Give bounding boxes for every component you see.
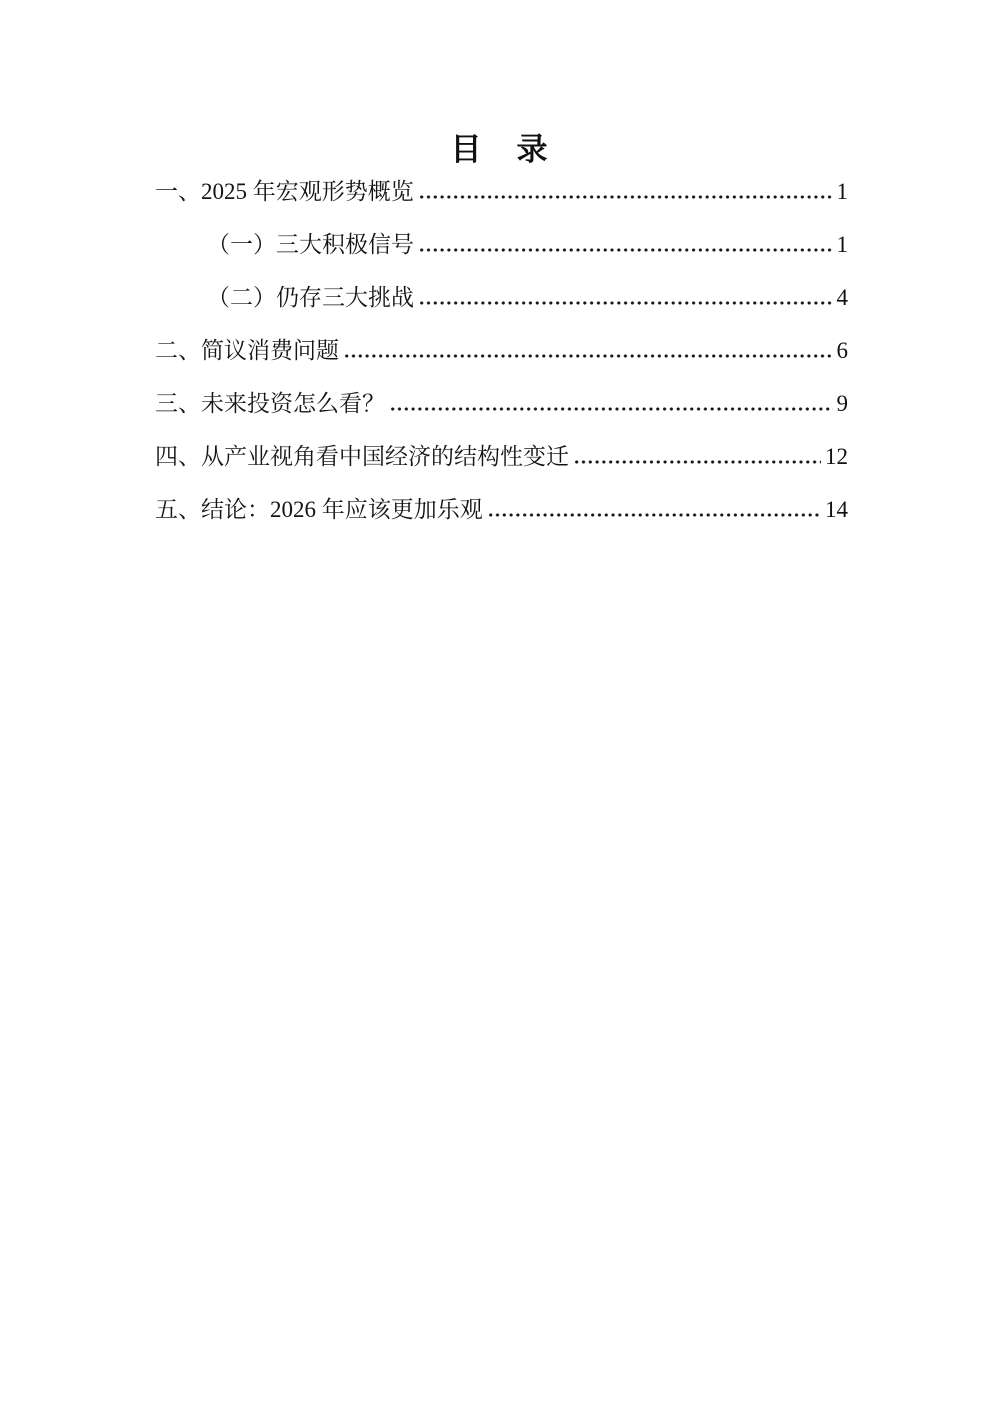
dot-leader [420,248,833,252]
toc-entry-page-number: 12 [825,441,848,472]
toc-entry-1-1[interactable]: （一）三大积极信号 1 [155,229,848,260]
toc-entry-label: （一）三大积极信号 [207,229,414,260]
document-page: 目 录 一、2025 年宏观形势概览 1 （一）三大积极信号 1 （二）仍存三大… [0,0,1000,1414]
dot-leader [575,460,821,464]
toc-entry-page-number: 1 [837,176,849,207]
toc-entry-label: 五、结论：2026 年应该更加乐观 [155,494,483,525]
toc-entry-4[interactable]: 四、从产业视角看中国经济的结构性变迁 12 [155,441,848,472]
dot-leader [420,301,833,305]
toc-entry-label: 四、从产业视角看中国经济的结构性变迁 [155,441,569,472]
toc-entry-5[interactable]: 五、结论：2026 年应该更加乐观 14 [155,494,848,525]
dot-leader [489,513,821,517]
dot-leader [420,195,833,199]
toc-entry-page-number: 6 [837,335,849,366]
toc-entry-page-number: 1 [837,229,849,260]
toc-entry-page-number: 9 [837,388,849,419]
table-of-contents: 一、2025 年宏观形势概览 1 （一）三大积极信号 1 （二）仍存三大挑战 4… [155,176,848,547]
toc-entry-1[interactable]: 一、2025 年宏观形势概览 1 [155,176,848,207]
toc-entry-page-number: 4 [837,282,849,313]
toc-entry-3[interactable]: 三、未来投资怎么看？ 9 [155,388,848,419]
toc-entry-1-2[interactable]: （二）仍存三大挑战 4 [155,282,848,313]
toc-entry-label: 三、未来投资怎么看？ [155,388,385,419]
toc-entry-label: （二）仍存三大挑战 [207,282,414,313]
toc-entry-2[interactable]: 二、简议消费问题 6 [155,335,848,366]
toc-entry-label: 二、简议消费问题 [155,335,339,366]
toc-entry-label: 一、2025 年宏观形势概览 [155,176,414,207]
dot-leader [391,407,833,411]
toc-entry-page-number: 14 [825,494,848,525]
dot-leader [345,354,833,358]
toc-title: 目 录 [0,124,1000,169]
